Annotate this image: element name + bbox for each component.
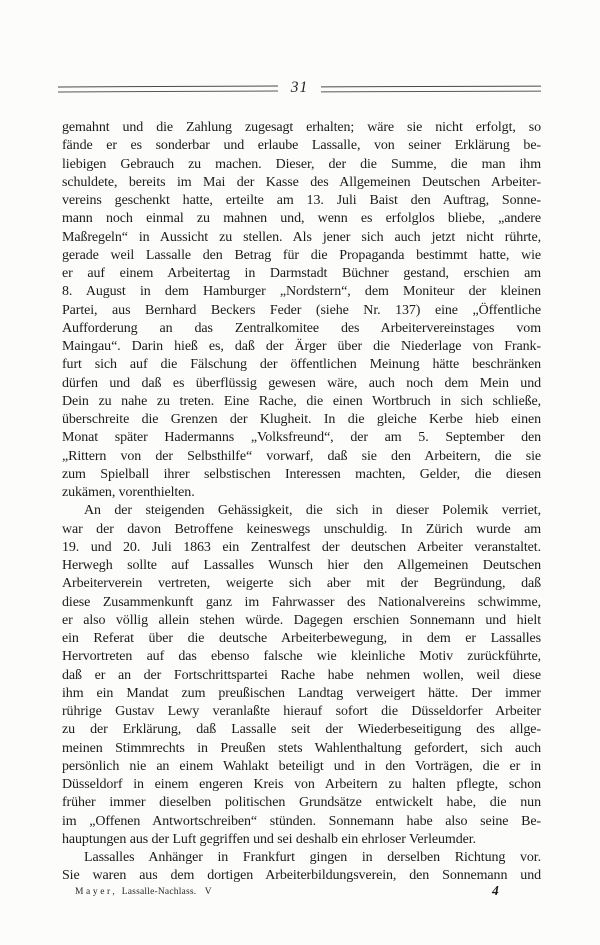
body-text: gemahnt und die Zahlung zugesagt erhalte… <box>62 119 541 886</box>
text-line: 8. August in dem Hamburger „Nordstern“, … <box>62 283 541 301</box>
text-line: meinen Stimmrechts in Preußen stets Wahl… <box>62 740 541 758</box>
text-line: er auf einem Arbeitertag in Darmstadt Bü… <box>62 265 541 283</box>
text-line: hauptungen aus der Luft gegriffen und se… <box>62 831 541 849</box>
text-line: liebigen Gebrauch zu machen. Dieser, der… <box>62 156 541 174</box>
text-line: überschreite die Grenzen der Klugheit. I… <box>62 411 541 429</box>
text-line: rührige Gustav Lewy veranlaßte hierauf s… <box>62 703 541 721</box>
text-line: An der steigenden Gehässigkeit, die sich… <box>62 502 541 520</box>
text-line: Herwegh sollte auf Lassalles Wunsch hier… <box>62 557 541 575</box>
page-number: 31 <box>291 79 309 97</box>
text-line: Lassalles Anhänger in Frankfurt gingen i… <box>62 849 541 867</box>
text-line: Monat später Hadermanns „Volksfreund“, d… <box>62 429 541 447</box>
text-line: war der davon Betroffene keineswegs unsc… <box>62 521 541 539</box>
page-footer: Mayer, Lassalle-Nachlass. V 4 <box>62 884 541 906</box>
text-line: Arbeiterverein vertreten, weigerte sich … <box>62 575 541 593</box>
signature-volume: V <box>205 887 213 897</box>
text-line: ein Referat über die deutsche Arbeiterbe… <box>62 630 541 648</box>
text-line: Partei, aus Bernhard Beckers Feder (sieh… <box>62 302 541 320</box>
text-line: gerade weil Lassalle den Betrag für die … <box>62 247 541 265</box>
text-line: mann noch einmal zu mahnen und, wenn es … <box>62 210 541 228</box>
text-line: furt sich auf die Fälschung der öffentli… <box>62 356 541 374</box>
text-line: im „Offenen Antwortschreiben“ stünden. S… <box>62 813 541 831</box>
text-line: diese Zusammenkunft ganz im Fahrwasser d… <box>62 594 541 612</box>
text-line: Aufforderung an das Zentralkomitee des A… <box>62 320 541 338</box>
text-line: er also völlig allein stehen würde. Dage… <box>62 612 541 630</box>
text-line: zum Spielball ihrer selbstischen Interes… <box>62 466 541 484</box>
signature-author: Mayer, <box>75 887 117 897</box>
page-header: 31 <box>58 81 541 97</box>
text-line: zukämen, vorenthielten. <box>62 484 541 502</box>
text-line: ihm ein Mandat zum preußischen Landtag v… <box>62 685 541 703</box>
text-line: Maßregeln“ in Aussicht zu stellen. Als j… <box>62 229 541 247</box>
text-line: Maingau“. Darin hieß es, daß der Ärger ü… <box>62 338 541 356</box>
text-line: daß er an der Fortschrittspartei Rache h… <box>62 667 541 685</box>
header-rule-left <box>58 86 278 93</box>
printer-signature: Mayer, Lassalle-Nachlass. V <box>75 887 213 897</box>
text-line: persönlich nie an einem Wahlakt beteilig… <box>62 758 541 776</box>
text-line: vereins geschenkt hatte, erteilte am 13.… <box>62 192 541 210</box>
text-line: Hervortreten auf das ebenso falsche wie … <box>62 648 541 666</box>
signature-title: Lassalle-Nachlass. <box>122 887 197 897</box>
text-line: Sie waren aus dem dortigen Arbeiterbildu… <box>62 867 541 885</box>
text-line: „Rittern von der Selbsthilfe“ vorwarf, d… <box>62 448 541 466</box>
text-line: früher immer dieselben politischen Grund… <box>62 794 541 812</box>
sheet-number: 4 <box>492 883 499 899</box>
text-line: schuldete, bereits im Mai der Kasse des … <box>62 174 541 192</box>
text-line: 19. und 20. Juli 1863 ein Zentralfest de… <box>62 539 541 557</box>
text-line: gemahnt und die Zahlung zugesagt erhalte… <box>62 119 541 137</box>
text-line: Düsseldorf in einem engeren Kreis von Ar… <box>62 776 541 794</box>
header-rule-right <box>321 86 541 93</box>
text-line: zu der Erklärung, daß Lassalle seit der … <box>62 721 541 739</box>
text-line: fände er es sonderbar und erlaube Lassal… <box>62 137 541 155</box>
text-line: Dein zu nahe zu treten. Eine Rache, die … <box>62 393 541 411</box>
text-line: dürfen und daß es überflüssig gewesen wä… <box>62 375 541 393</box>
book-page: 31 gemahnt und die Zahlung zugesagt erha… <box>0 0 600 945</box>
